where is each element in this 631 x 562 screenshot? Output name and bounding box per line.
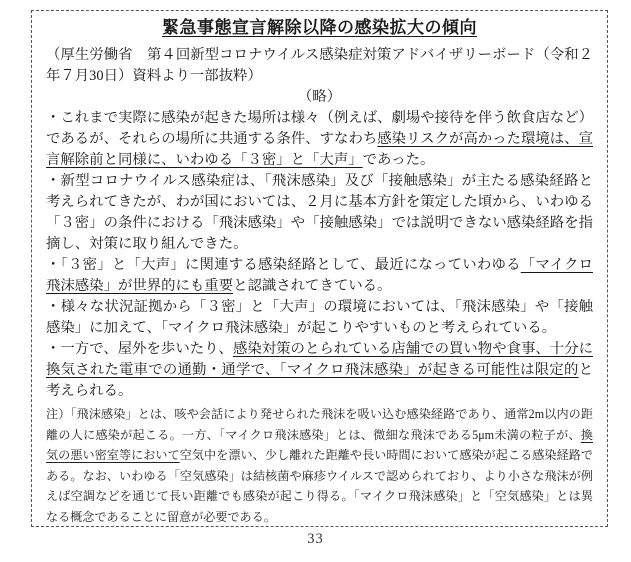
text-segment: ・新型コロナウイルス感染症は、「飛沫感染」及び「接触感染」が主たる感染経路と考え… — [46, 173, 593, 252]
page-number: 33 — [0, 531, 631, 548]
document-page: 緊急事態宣言解除以降の感染拡大の傾向 （厚生労働省 第４回新型コロナウイルス感染… — [0, 0, 631, 562]
para-infection-locations: ・これまで実際に感染が起きた場所は様々（例えば、劇場や接待を伴う飲食店など）であ… — [46, 108, 593, 171]
para-limited-risk-situations: ・一方で、屋外を歩いたり、感染対策のとられている店舗での買い物や食事、十分に換気… — [46, 339, 593, 402]
text-segment: であった。 — [363, 152, 435, 168]
text-segment: ・一方で、屋外を歩いたり、 — [46, 341, 233, 357]
footnote-definitions: 注）「飛沫感染」とは、咳や会話により発せられた飛沫を吸い込む感染経路であり、通常… — [46, 404, 593, 527]
text-segment: と認識されてきている。 — [233, 278, 391, 294]
source-attribution: （厚生労働省 第４回新型コロナウイルス感染症対策アドバイザリーボード（令和２年７… — [46, 45, 593, 87]
text-segment: 注）「飛沫感染」とは、咳や会話により発せられた飛沫を吸い込む感染経路であり、通常… — [46, 407, 593, 442]
para-transmission-routes: ・新型コロナウイルス感染症は、「飛沫感染」及び「接触感染」が主たる感染経路と考え… — [46, 171, 593, 255]
text-segment: ・「３密」と「大声」に関連する感染経路として、最近になっていわゆる — [46, 257, 521, 273]
para-circumstantial-evidence: ・様々な状況証拠から「３密」と「大声」の環境においては、「飛沫感染」や「接触感染… — [46, 297, 593, 339]
document-title: 緊急事態宣言解除以降の感染拡大の傾向 — [46, 16, 593, 40]
dashed-excerpt-box: 緊急事態宣言解除以降の感染拡大の傾向 （厚生労働省 第４回新型コロナウイルス感染… — [31, 10, 608, 527]
para-micro-droplet-recognition: ・「３密」と「大声」に関連する感染経路として、最近になっていわゆる「マイクロ飛沫… — [46, 255, 593, 297]
omission-marker: （略） — [46, 87, 593, 108]
text-segment: ・様々な状況証拠から「３密」と「大声」の環境においては、「飛沫感染」や「接触感染… — [46, 299, 593, 336]
